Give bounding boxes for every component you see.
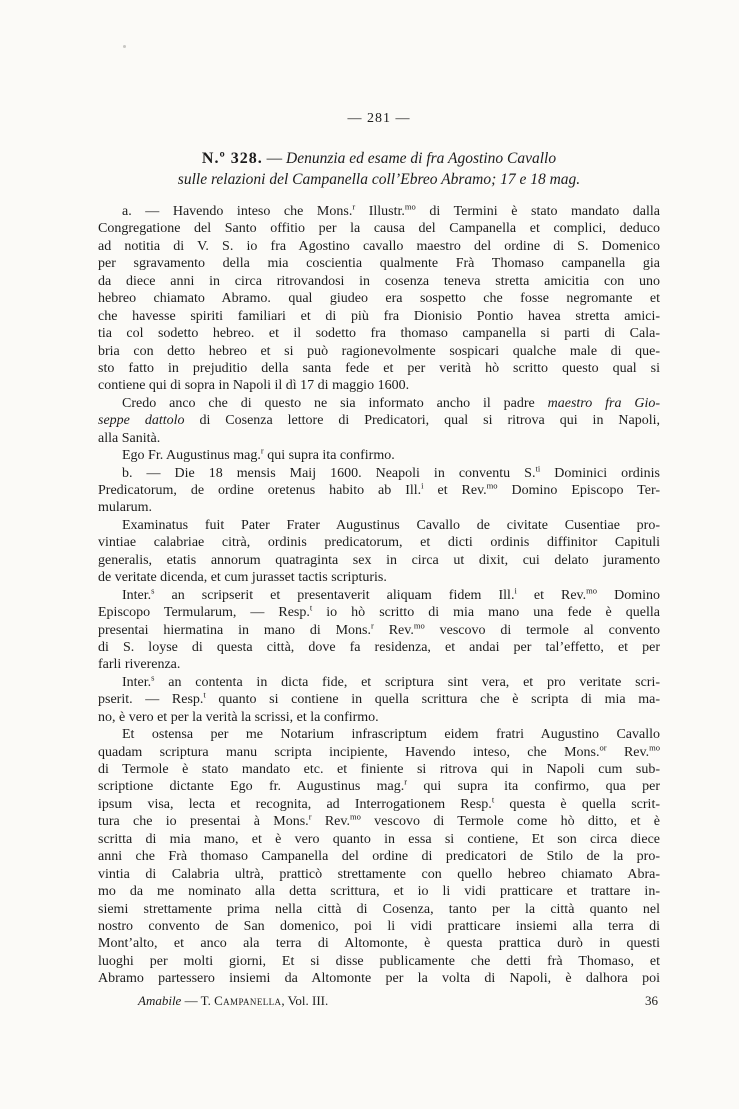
text-segment: et Rev. — [424, 483, 487, 498]
text-segment: vescovo di termole al convento — [425, 623, 660, 638]
text-segment: contiene qui di sopra in Napoli il dì 17… — [98, 378, 409, 393]
text-segment: che havesse spiriti familiari et di più … — [98, 309, 660, 324]
text-segment: de veritate dicenda, et cum jurasset tac… — [98, 570, 387, 585]
text-segment: quadam scriptura manu scripta incipiente… — [98, 745, 599, 760]
document-title: N.º 328. — Denunzia ed esame di fra Agos… — [98, 148, 660, 190]
text-segment: ad notitia di V. S. io fra Agostino cava… — [98, 239, 660, 254]
title-separator-dash: — — [263, 150, 286, 167]
text-segment: di S. loyse di questa città, dove fa res… — [98, 640, 660, 655]
text-segment: vescovo di Termole come hò ditto, et è — [361, 814, 660, 829]
text-segment: , Vol. III. — [281, 993, 328, 1008]
text-line: Inter.s an contenta in dicta fide, et sc… — [98, 674, 660, 691]
text-line: tia col sodetto hebreo. et il sodetto fr… — [98, 325, 660, 342]
superscript-abbreviation: mo — [586, 585, 597, 595]
text-line: scritta di mia mano, et è vero quanto in… — [98, 831, 660, 848]
text-segment: an scripserit et presentaverit aliquam f… — [154, 588, 514, 603]
text-segment: Mont’alto, et anco ala terra di Altomont… — [98, 936, 660, 951]
text-segment: — T. — [181, 993, 214, 1008]
title-line-1: N.º 328. — Denunzia ed esame di fra Agos… — [98, 148, 660, 169]
text-line: generalis, etatis annorum quatraginta se… — [98, 552, 660, 569]
title-text-line1: Denunzia ed esame di fra Agostino Cavall… — [286, 150, 556, 167]
text-line: siemi strettamente prima nella città di … — [98, 901, 660, 918]
text-line: scriptione dictante Ego fr. Augustinus m… — [98, 778, 660, 795]
text-segment: mularum. — [98, 500, 152, 515]
text-segment: Examinatus fuit Pater Frater Augustinus … — [122, 518, 660, 533]
text-segment: alla Sanità. — [98, 431, 160, 446]
text-segment: an contenta in dicta fide, et scriptura … — [154, 675, 660, 690]
text-segment: seppe dattolo — [98, 413, 185, 428]
text-segment: bria con detto hebreo et si può ragionev… — [98, 344, 660, 359]
superscript-abbreviation: mo — [487, 480, 498, 490]
document-body: a. — Havendo inteso che Mons.r Illustr.m… — [98, 203, 660, 988]
text-line: vintiae calabriae citrà, ordinis predica… — [98, 534, 660, 551]
text-segment: di Cosenza lettore di Predicatori, qual … — [185, 413, 661, 428]
superscript-abbreviation: mo — [414, 620, 425, 630]
superscript-abbreviation: mo — [405, 201, 416, 211]
text-segment: tia col sodetto hebreo. et il sodetto fr… — [98, 326, 660, 341]
text-segment: di Termole è stato mandato etc. et finie… — [98, 762, 660, 777]
text-segment: Dominici ordinis — [540, 466, 660, 481]
text-line: Et ostensa per me Notarium infrascriptum… — [98, 726, 660, 743]
text-line: che havesse spiriti familiari et di più … — [98, 308, 660, 325]
entry-number: N.º 328. — [202, 150, 263, 167]
text-line: per sgravamento della mia coscientia qua… — [98, 255, 660, 272]
text-segment: Inter. — [122, 675, 151, 690]
text-segment: luoghi per molti giorni, Et si disse pub… — [98, 954, 660, 969]
text-line: Credo anco che di questo ne sia informat… — [98, 395, 660, 412]
text-line: anni che Frà thomaso Campanella del ordi… — [98, 848, 660, 865]
text-segment: no, è vero et per la verità la scrissi, … — [98, 710, 379, 725]
text-line: ipsum visa, lecta et recognita, ad Inter… — [98, 796, 660, 813]
text-segment: Inter. — [122, 588, 151, 603]
text-segment: ipsum visa, lecta et recognita, ad Inter… — [98, 797, 492, 812]
text-segment: b. — Die 18 mensis Maij 1600. Neapoli in… — [122, 466, 535, 481]
text-segment: Abramo partessero insiemi da Altomonte p… — [98, 971, 660, 986]
text-line: contiene qui di sopra in Napoli il dì 17… — [98, 377, 660, 394]
text-line: de veritate dicenda, et cum jurasset tac… — [98, 569, 660, 586]
text-line: bria con detto hebreo et si può ragionev… — [98, 343, 660, 360]
text-segment: io hò scritto di mia mano una fede è que… — [312, 605, 660, 620]
text-line: Abramo partessero insiemi da Altomonte p… — [98, 970, 660, 987]
text-segment: siemi strettamente prima nella città di … — [98, 902, 660, 917]
text-line: presentai hiermatina in mano di Mons.r R… — [98, 622, 660, 639]
text-line: Mont’alto, et anco ala terra di Altomont… — [98, 935, 660, 952]
text-segment: qui supra ita confirmo. — [264, 448, 395, 463]
text-line: ad notitia di V. S. io fra Agostino cava… — [98, 238, 660, 255]
text-line: nostro convento de San domenico, poi li … — [98, 918, 660, 935]
text-segment: Amabile — [138, 993, 181, 1008]
text-segment: Et ostensa per me Notarium infrascriptum… — [122, 727, 660, 742]
text-segment: Rev. — [374, 623, 414, 638]
text-line: sto fatto in prejuditio della santa fede… — [98, 360, 660, 377]
text-segment: et Rev. — [517, 588, 586, 603]
text-line: Ego Fr. Augustinus mag.r qui supra ita c… — [98, 447, 660, 464]
text-segment: hebreo chiamato Abramo. qual giudeo era … — [98, 291, 660, 306]
text-line: farli riverenza. — [98, 656, 660, 673]
text-segment: questa è quella scrit- — [494, 797, 660, 812]
text-segment: a. — Havendo inteso che Mons. — [122, 204, 352, 219]
text-segment: Rev. — [607, 745, 650, 760]
text-segment: vintiae calabriae citrà, ordinis predica… — [98, 535, 660, 550]
text-segment: per sgravamento della mia coscientia qua… — [98, 256, 660, 271]
page-content: — 281 — N.º 328. — Denunzia ed esame di … — [98, 0, 660, 1009]
text-line: pserit. — Resp.t quanto si contiene in q… — [98, 691, 660, 708]
text-segment: Rev. — [312, 814, 350, 829]
text-segment: di Termini è stato mandato dalla — [416, 204, 660, 219]
text-line: tura che io presentai à Mons.r Rev.mo ve… — [98, 813, 660, 830]
text-line: mularum. — [98, 499, 660, 516]
text-line: mo da me nominato alla detta scrittura, … — [98, 883, 660, 900]
text-line: a. — Havendo inteso che Mons.r Illustr.m… — [98, 203, 660, 220]
text-segment: sto fatto in prejuditio della santa fede… — [98, 361, 660, 376]
text-line: alla Sanità. — [98, 430, 660, 447]
text-line: Inter.s an scripserit et presentaverit a… — [98, 587, 660, 604]
text-segment: nostro convento de San domenico, poi li … — [98, 919, 660, 934]
text-line: no, è vero et per la verità la scrissi, … — [98, 709, 660, 726]
text-segment: presentai hiermatina in mano di Mons. — [98, 623, 371, 638]
page-footer: Amabile — T. Campanella, Vol. III. 36 — [98, 992, 660, 1009]
text-segment: scriptione dictante Ego fr. Augustinus m… — [98, 779, 404, 794]
text-segment: Congregatione del Santo offitio per la c… — [98, 221, 660, 236]
text-segment: quanto si contiene in quella scrittura c… — [206, 692, 660, 707]
text-line: seppe dattolo di Cosenza lettore di Pred… — [98, 412, 660, 429]
text-line: luoghi per molti giorni, Et si disse pub… — [98, 953, 660, 970]
text-line: Predicatorum, de ordine oretenus habito … — [98, 482, 660, 499]
page-number-header: — 281 — — [98, 0, 660, 128]
text-segment: Episcopo Termularum, — Resp. — [98, 605, 310, 620]
text-line: hebreo chiamato Abramo. qual giudeo era … — [98, 290, 660, 307]
text-segment: pserit. — Resp. — [98, 692, 203, 707]
text-segment: vintia di Calabria ultrà, pratticò stret… — [98, 867, 660, 882]
superscript-abbreviation: mo — [350, 812, 361, 822]
text-segment: Campanella — [214, 993, 281, 1008]
text-segment: da diece anni in circa ritrovandosi in c… — [98, 274, 660, 289]
text-segment: mo da me nominato alla detta scrittura, … — [98, 884, 660, 899]
text-segment: Ego Fr. Augustinus mag. — [122, 448, 261, 463]
book-page: — 281 — N.º 328. — Denunzia ed esame di … — [0, 0, 739, 1109]
text-segment: tura che io presentai à Mons. — [98, 814, 309, 829]
text-segment: maestro fra Gio- — [548, 396, 660, 411]
text-segment: Predicatorum, de ordine oretenus habito … — [98, 483, 421, 498]
text-segment: Domino — [597, 588, 660, 603]
text-segment: Domino Episcopo Ter- — [498, 483, 660, 498]
text-line: b. — Die 18 mensis Maij 1600. Neapoli in… — [98, 465, 660, 482]
text-line: Episcopo Termularum, — Resp.t io hò scri… — [98, 604, 660, 621]
text-segment: scritta di mia mano, et è vero quanto in… — [98, 832, 660, 847]
footer-signature-number: 36 — [645, 992, 660, 1009]
text-line: Examinatus fuit Pater Frater Augustinus … — [98, 517, 660, 534]
text-line: Congregatione del Santo offitio per la c… — [98, 220, 660, 237]
footer-citation: Amabile — T. Campanella, Vol. III. — [98, 992, 328, 1009]
text-segment: anni che Frà thomaso Campanella del ordi… — [98, 849, 660, 864]
text-line: da diece anni in circa ritrovandosi in c… — [98, 273, 660, 290]
text-line: di Termole è stato mandato etc. et finie… — [98, 761, 660, 778]
text-segment: farli riverenza. — [98, 657, 180, 672]
title-text-line2: sulle relazioni del Campanella coll’Ebre… — [98, 169, 660, 190]
text-line: di S. loyse di questa città, dove fa res… — [98, 639, 660, 656]
superscript-abbreviation: or — [599, 742, 606, 752]
text-line: vintia di Calabria ultrà, pratticò stret… — [98, 866, 660, 883]
superscript-abbreviation: mo — [649, 742, 660, 752]
text-segment: generalis, etatis annorum quatraginta se… — [98, 553, 660, 568]
text-segment: Illustr. — [355, 204, 405, 219]
text-line: quadam scriptura manu scripta incipiente… — [98, 744, 660, 761]
text-segment: qui supra ita confirmo, qua per — [407, 779, 660, 794]
text-segment: Credo anco che di questo ne sia informat… — [122, 396, 548, 411]
